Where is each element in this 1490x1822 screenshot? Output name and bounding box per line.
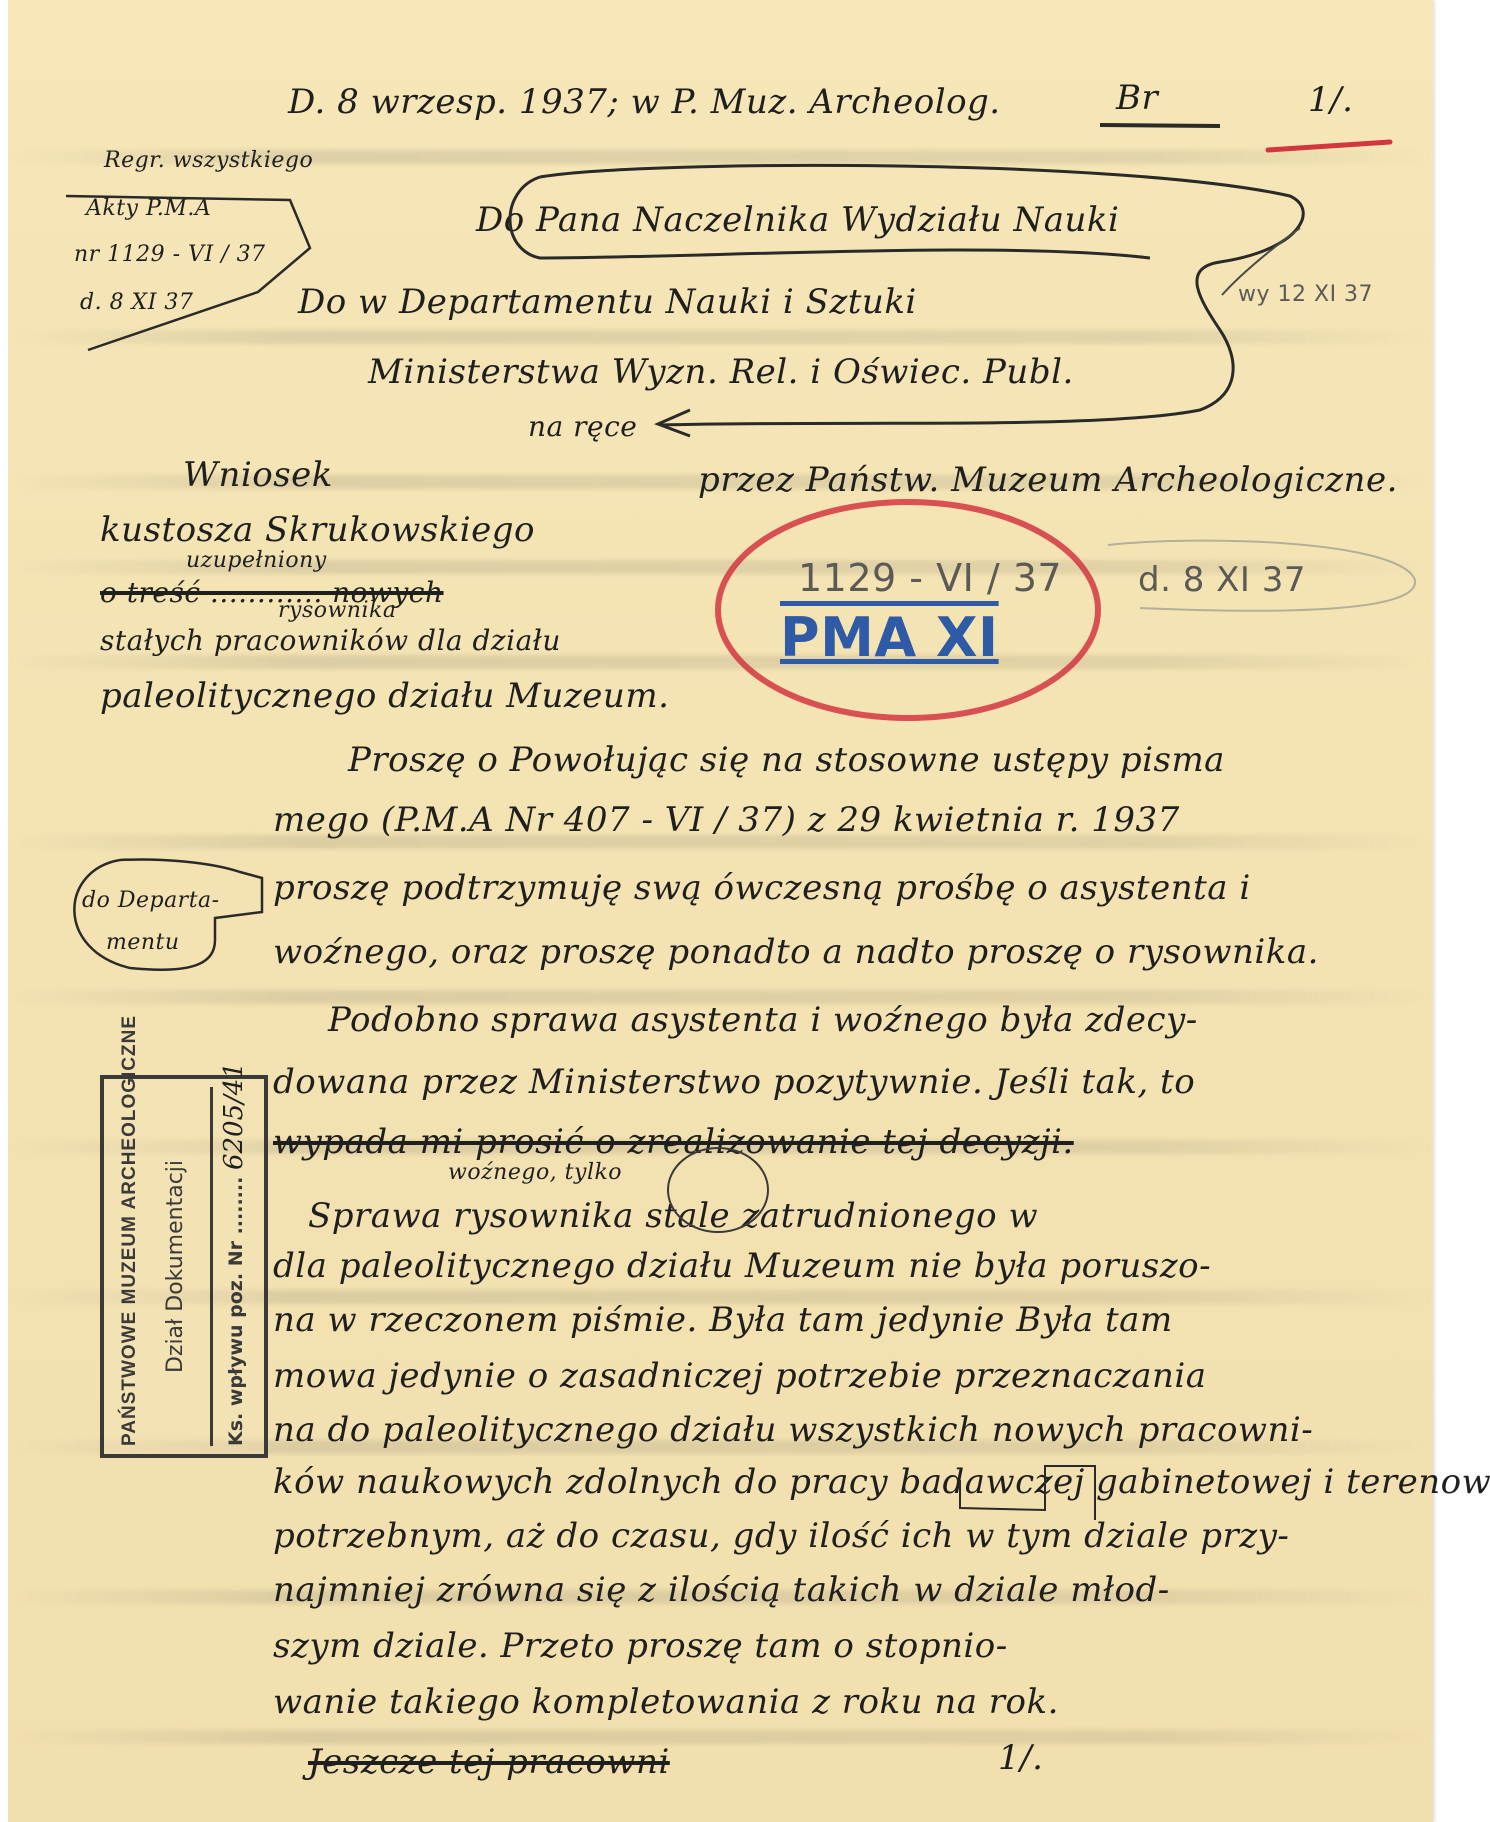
para1-line4: woźnego, oraz proszę ponadto a nadto pro… xyxy=(273,932,1319,972)
subject-line6: stałych pracowników dla działu xyxy=(100,624,561,657)
addressee-line2: Do w Departamentu Nauki i Sztuki xyxy=(298,282,917,322)
para1-line2: mego (P.M.A Nr 407 - VI / 37) z 29 kwiet… xyxy=(273,800,1180,840)
para2-line3: wypada mi prosić o zrealizowanie tej dec… xyxy=(273,1122,1074,1162)
para1-line3: proszę podtrzymuję swą ówczesną prośbę o… xyxy=(273,868,1251,908)
subject-line7: paleolitycznego działu Muzeum. xyxy=(100,676,669,716)
via-museum: przez Państw. Muzeum Archeologiczne. xyxy=(698,460,1398,500)
stamp-entry: Ks. wpływu poz. Nr ........ 6205/41 xyxy=(210,1087,249,1446)
para3-line4: mowa jedynie o zasadniczej potrzebie prz… xyxy=(273,1356,1207,1396)
para2-inserted: woźnego, tylko xyxy=(448,1160,622,1185)
para3-line1: Sprawa rysownika stale zatrudnionego w xyxy=(308,1196,1038,1236)
stamp-entry-number: 6205/41 xyxy=(219,1062,249,1170)
para3-line10: wanie takiego kompletowania z roku na ro… xyxy=(273,1682,1059,1722)
margin-note-dept-line1: do Departa- xyxy=(82,888,220,913)
blue-crayon-mark: PMA XI xyxy=(780,606,999,669)
para3-line2: dla paleolitycznego działu Muzeum nie by… xyxy=(273,1246,1211,1286)
para1-line1: Proszę o Powołując się na stosowne ustęp… xyxy=(348,740,1225,780)
para3-line3: na w rzeczonem piśmie. Była tam jedynie … xyxy=(273,1300,1173,1340)
para3-line5: na do paleolitycznego działu wszystkich … xyxy=(273,1410,1313,1450)
archive-stamp: PAŃSTWOWE MUZEUM ARCHEOLOGICZNE Dział Do… xyxy=(100,1075,268,1458)
bleed-through-line xyxy=(8,1730,1433,1744)
bleed-through-line xyxy=(8,330,1433,344)
addressee-line3: Ministerstwa Wyzn. Rel. i Oświec. Publ. xyxy=(368,352,1074,392)
registry-date: d. 8 XI 37 xyxy=(1138,560,1306,600)
margin-note-line1: Regr. wszystkiego xyxy=(104,148,313,173)
registry-number: 1129 - VI / 37 xyxy=(798,556,1062,600)
margin-note-line4: d. 8 XI 37 xyxy=(80,290,193,315)
stamp-entry-label: Ks. wpływu poz. Nr xyxy=(225,1241,247,1446)
header-initial: Br xyxy=(1116,78,1158,118)
addressee-line4: na ręce xyxy=(528,410,637,443)
para3-line8: najmniej zrówna się z ilością takich w d… xyxy=(273,1570,1170,1610)
para2-line1: Podobno sprawa asystenta i woźnego była … xyxy=(328,1000,1198,1040)
para3-line7: potrzebnym, aż do czasu, gdy ilość ich w… xyxy=(273,1516,1289,1556)
addressee-side-note: wy 12 XI 37 xyxy=(1238,282,1373,307)
stamp-institution: PAŃSTWOWE MUZEUM ARCHEOLOGICZNE xyxy=(119,1087,141,1446)
margin-note-dept-line2: mentu xyxy=(106,930,180,955)
margin-note-line3: nr 1129 - VI / 37 xyxy=(74,242,266,267)
para3-line6: ków naukowych zdolnych do pracy badawcze… xyxy=(273,1462,1490,1502)
page-mark: 1/. xyxy=(1308,80,1353,120)
header-reference: D. 8 wrzesp. 1937; w P. Muz. Archeolog. xyxy=(288,82,1001,122)
subject-line2: kustosza Skrukowskiego xyxy=(100,510,535,550)
para3-line9: szym dziale. Przeto proszę tam o stopnio… xyxy=(273,1626,1008,1666)
document-page: D. 8 wrzesp. 1937; w P. Muz. Archeolog. … xyxy=(8,0,1433,1822)
subject-inserted-1: uzupełniony xyxy=(186,548,327,573)
subject-inserted-2: rysownika xyxy=(278,598,396,623)
struck-closing: Jeszcze tej pracowni xyxy=(308,1742,670,1782)
subject-line1: Wniosek xyxy=(183,455,333,495)
bleed-through-line xyxy=(8,655,1433,669)
para2-line2: dowana przez Ministerstwo pozytywnie. Je… xyxy=(273,1062,1195,1102)
closing-mark: 1/. xyxy=(998,1738,1043,1778)
stamp-department: Dział Dokumentacji xyxy=(163,1087,188,1446)
margin-note-line2: Akty P.M.A xyxy=(86,196,211,221)
addressee-line1: Do Pana Naczelnika Wydziału Nauki xyxy=(476,200,1119,240)
